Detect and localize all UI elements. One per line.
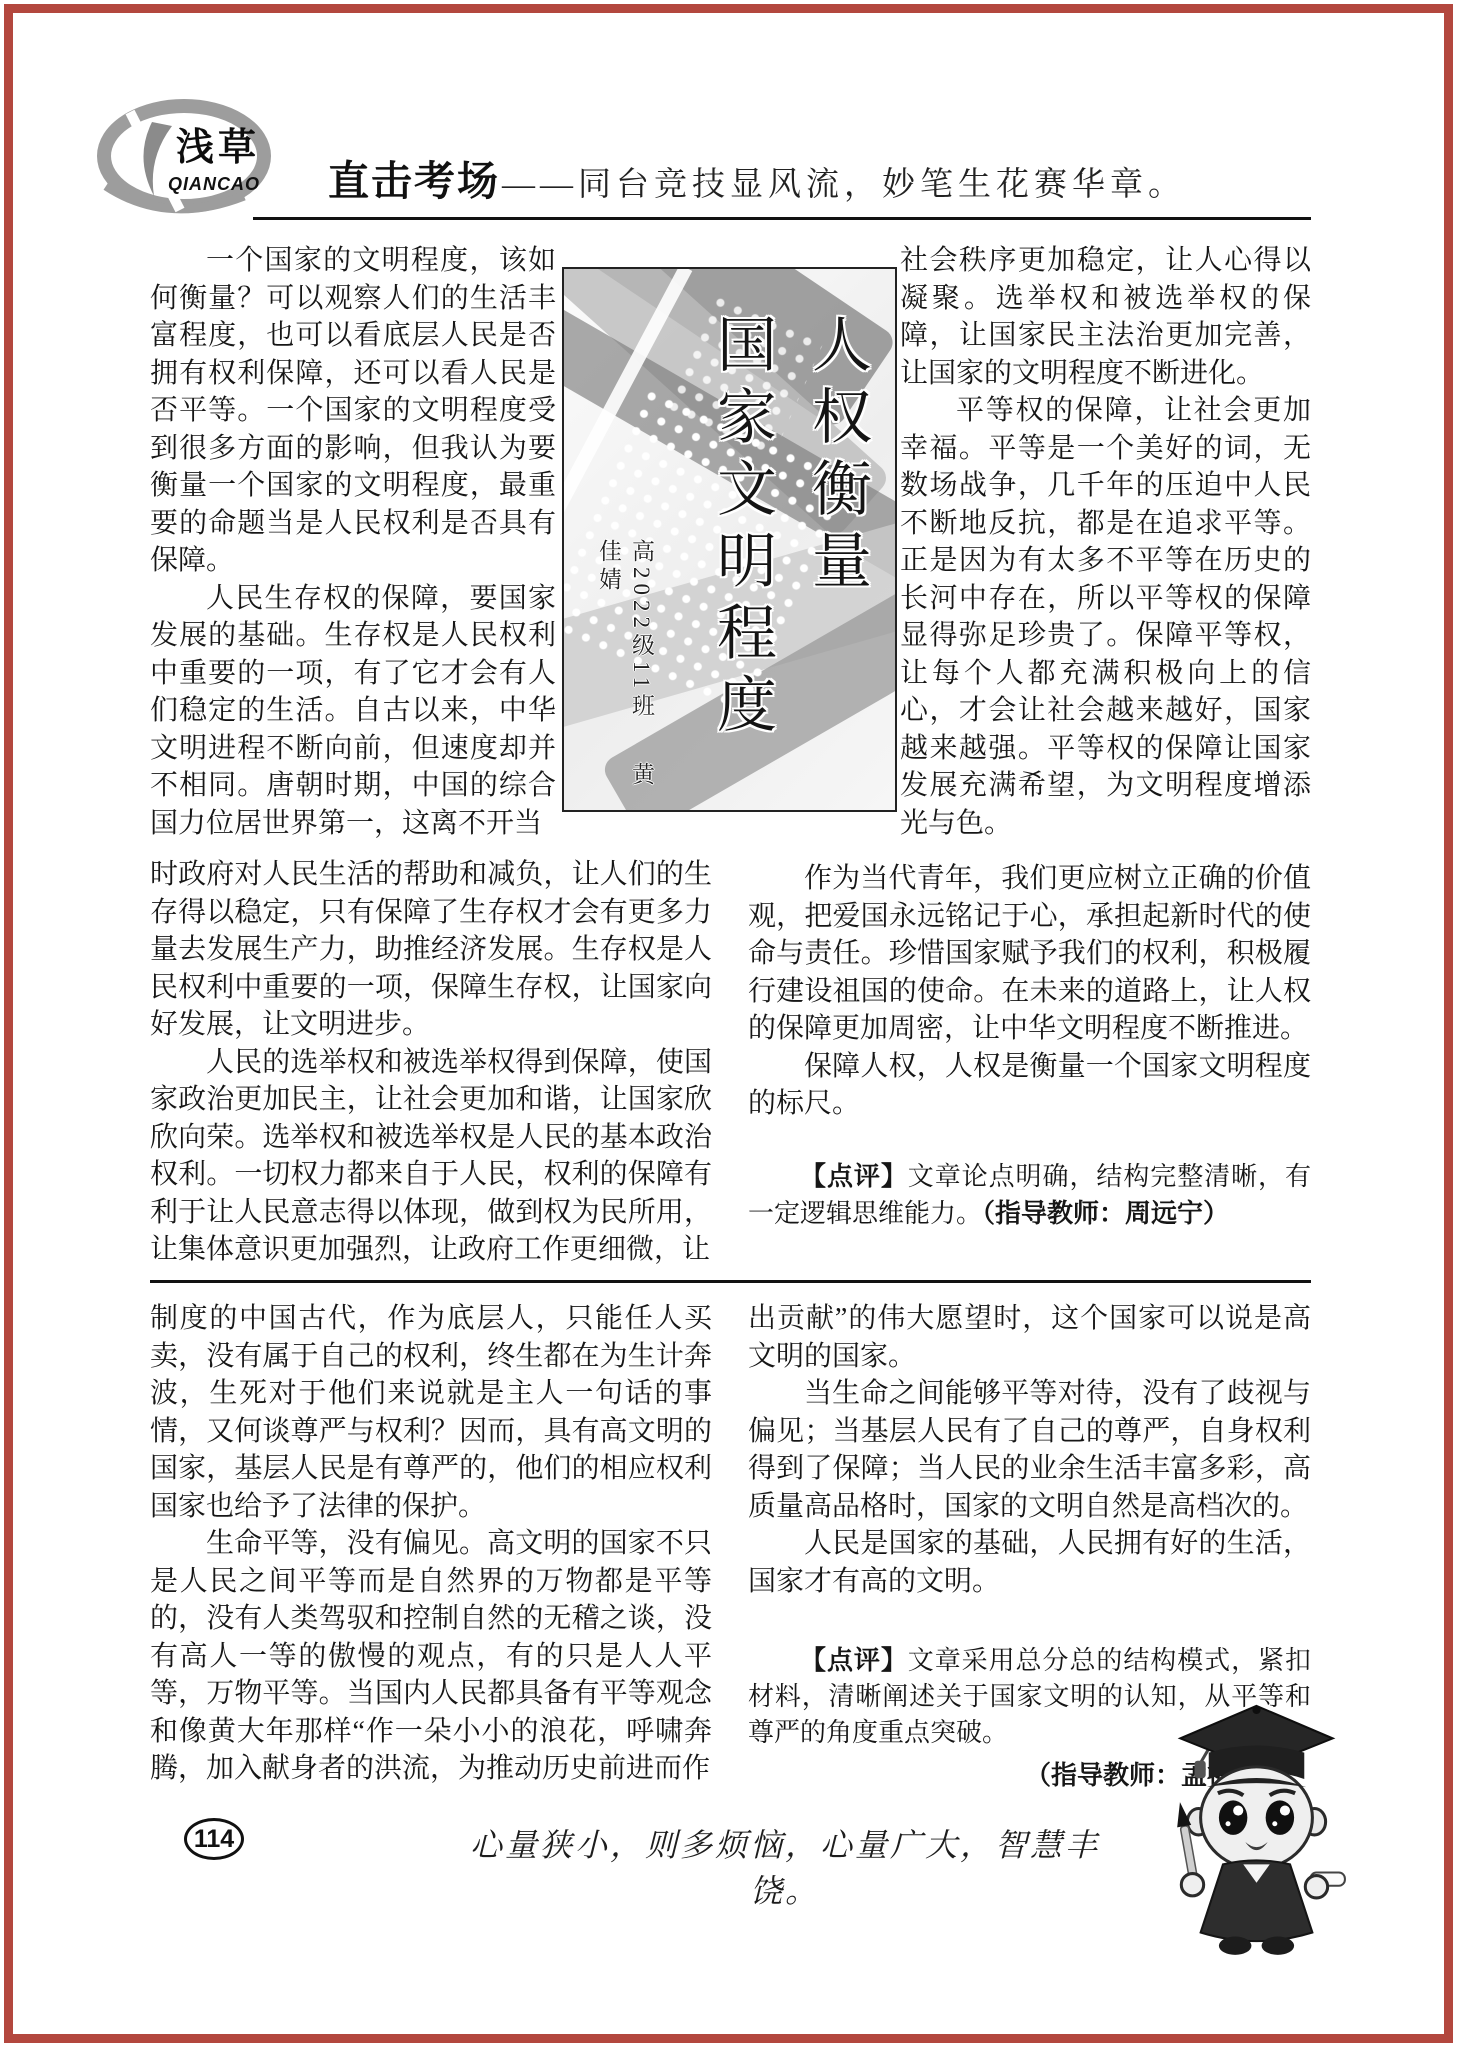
essay-byline: 高2022级11班 黄佳婧 (592, 539, 658, 810)
byline-class: 高2022级11班 (629, 539, 654, 721)
paragraph: 出贡献”的伟大愿望时，这个国家可以说是高文明的国家。 (748, 1300, 1311, 1375)
paragraph: 生命平等，没有偏见。高文明的国家不只是人民之间平等而是自然界的万物都是平等的，没… (150, 1525, 712, 1788)
paragraph: 一个国家的文明程度，该如何衡量？可以观察人们的生活丰富程度，也可以看底层人民是否… (150, 242, 556, 580)
logo-name-en: QIANCAO (168, 174, 260, 194)
section-title: 直击考场 (328, 148, 500, 207)
section-divider-rule (150, 1280, 1311, 1283)
paragraph: 社会秩序更加稳定，让人心得以凝聚。选举权和被选举权的保障，让国家民主法治更加完善… (900, 242, 1311, 392)
header-rule (253, 217, 1311, 220)
paragraph: 人民是国家的基础，人民拥有好的生活，国家才有高的文明。 (748, 1525, 1311, 1600)
page-number-badge: 114 (184, 1818, 244, 1860)
paragraph: 当生命之间能够平等对待，没有了歧视与偏见；当基层人民有了自己的尊严，自身权利得到… (748, 1375, 1311, 1525)
footer-motto: 心量狭小，则多烦恼，心量广大，智慧丰饶。 (440, 1820, 1130, 1912)
paragraph: 平等权的保障，让社会更加幸福。平等是一个美好的词，无数场战争，几千年的压迫中人民… (900, 392, 1311, 842)
logo-name-cn: 浅草 (176, 127, 260, 169)
essay1-left-column-upper: 一个国家的文明程度，该如何衡量？可以观察人们的生活丰富程度，也可以看底层人民是否… (150, 242, 556, 842)
paragraph: 作为当代青年，我们更应树立正确的价值观，把爱国永远铭记于心，承担起新时代的使命与… (748, 860, 1311, 1048)
magazine-page: 浅草 QIANCAO 直击考场 ——同台竞技显风流，妙笔生花赛华章。 人权衡量 … (0, 0, 1457, 2047)
comment-label: 【点评】 (800, 1645, 908, 1675)
section-tagline: ——同台竞技显风流，妙笔生花赛华章。 (502, 158, 1186, 205)
essay-title-primary: 人权衡量 (794, 313, 880, 745)
magazine-logo: 浅草 QIANCAO (92, 96, 272, 221)
essay-cover-image: 人权衡量 国家文明程度 高2022级11班 黄佳婧 (562, 267, 897, 812)
essay-title-secondary: 国家文明程度 (699, 313, 785, 745)
essay-title-vertical: 人权衡量 国家文明程度 (690, 313, 889, 745)
essay2-left-column: 制度的中国古代，作为底层人，只能任人买卖，没有属于自己的权利，终生都在为生计奔波… (150, 1300, 712, 1788)
paragraph: 保障人权，人权是衡量一个国家文明程度的标尺。 (748, 1048, 1311, 1123)
mascot-graduate-icon (1162, 1700, 1350, 1978)
comment-teacher-credit: （指导教师：周远宁） (982, 1198, 1229, 1228)
paragraph: 时政府对人民生活的帮助和减负，让人们的生存得以稳定，只有保障了生存权才会有更多力… (150, 856, 712, 1044)
masthead-header: 直击考场 ——同台竞技显风流，妙笔生花赛华章。 (328, 148, 1186, 207)
essay1-teacher-comment: 【点评】文章论点明确，结构完整清晰，有一定逻辑思维能力。（指导教师：周远宁） (748, 1158, 1311, 1232)
comment-label: 【点评】 (800, 1161, 908, 1191)
essay1-right-column-upper: 社会秩序更加稳定，让人心得以凝聚。选举权和被选举权的保障，让国家民主法治更加完善… (900, 242, 1311, 842)
paragraph: 人民的选举权和被选举权得到保障，使国家政治更加民主，让社会更加和谐，让国家欣欣向… (150, 1044, 712, 1269)
paragraph: 人民生存权的保障，要国家发展的基础。生存权是人民权利中重要的一项，有了它才会有人… (150, 580, 556, 843)
essay1-left-column-lower: 时政府对人民生活的帮助和减负，让人们的生存得以稳定，只有保障了生存权才会有更多力… (150, 856, 712, 1269)
comment-paragraph: 【点评】文章论点明确，结构完整清晰，有一定逻辑思维能力。（指导教师：周远宁） (748, 1158, 1311, 1232)
paragraph: 制度的中国古代，作为底层人，只能任人买卖，没有属于自己的权利，终生都在为生计奔波… (150, 1300, 712, 1525)
essay1-right-column-lower: 作为当代青年，我们更应树立正确的价值观，把爱国永远铭记于心，承担起新时代的使命与… (748, 860, 1311, 1123)
